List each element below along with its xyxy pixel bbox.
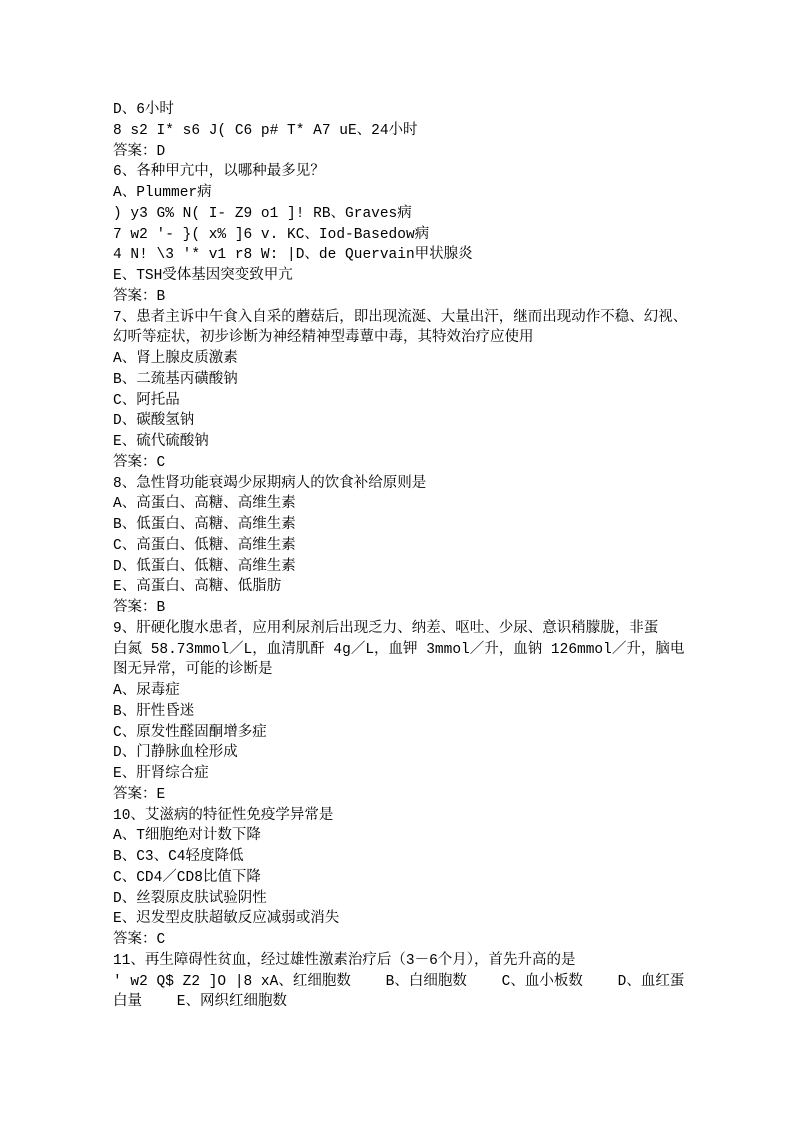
text-line: A、肾上腺皮质激素	[113, 349, 733, 370]
text-line: A、Plummer病	[113, 183, 733, 204]
text-line: 白氮 58.73mmol／L，血清肌酐 4g／L，血钾 3mmol／升，血钠 1…	[113, 640, 733, 661]
text-line: C、阿托品	[113, 391, 733, 412]
text-line: B、二巯基丙磺酸钠	[113, 370, 733, 391]
text-line: A、高蛋白、高糖、高维生素	[113, 494, 733, 515]
text-line: C、高蛋白、低糖、高维生素	[113, 536, 733, 557]
text-line: 答案：E	[113, 785, 733, 806]
text-line: D、碳酸氢钠	[113, 411, 733, 432]
text-line: 答案：D	[113, 142, 733, 163]
text-line: ' w2 Q$ Z2 ]O |8 xA、红细胞数 B、白细胞数 C、血小板数 D…	[113, 972, 733, 993]
text-line: 4 N! \3 '* v1 r8 W: |D、de Quervain甲状腺炎	[113, 245, 733, 266]
text-line: 答案：C	[113, 930, 733, 951]
text-line: D、丝裂原皮肤试验阴性	[113, 889, 733, 910]
text-line: 幻听等症状，初步诊断为神经精神型毒蕈中毒，其特效治疗应使用	[113, 328, 733, 349]
text-line: B、低蛋白、高糖、高维生素	[113, 515, 733, 536]
text-line: 10、艾滋病的特征性免疫学异常是	[113, 806, 733, 827]
text-line: E、TSH受体基因突变致甲亢	[113, 266, 733, 287]
text-line: B、肝性昏迷	[113, 702, 733, 723]
text-line: 11、再生障碍性贫血，经过雄性激素治疗后（3－6个月），首先升高的是	[113, 951, 733, 972]
text-line: 答案：C	[113, 453, 733, 474]
text-line: B、C3、C4轻度降低	[113, 847, 733, 868]
text-line: D、门静脉血栓形成	[113, 743, 733, 764]
text-line: 白量 E、网织红细胞数	[113, 992, 733, 1013]
text-line: A、尿毒症	[113, 681, 733, 702]
text-line: C、原发性醛固酮增多症	[113, 723, 733, 744]
text-line: C、CD4／CD8比值下降	[113, 868, 733, 889]
text-line: A、T细胞绝对计数下降	[113, 826, 733, 847]
document-content: D、6小时8 s2 I* s6 J( C6 p# T* A7 uE、24小时答案…	[113, 100, 733, 1013]
text-line: 8、急性肾功能衰竭少尿期病人的饮食补给原则是	[113, 474, 733, 495]
text-line: D、6小时	[113, 100, 733, 121]
text-line: 8 s2 I* s6 J( C6 p# T* A7 uE、24小时	[113, 121, 733, 142]
text-line: E、肝肾综合症	[113, 764, 733, 785]
text-line: 9、肝硬化腹水患者，应用利尿剂后出现乏力、纳差、呕吐、少尿、意识稍朦胧，非蛋	[113, 619, 733, 640]
document-page: D、6小时8 s2 I* s6 J( C6 p# T* A7 uE、24小时答案…	[0, 0, 794, 1123]
text-line: 7、患者主诉中午食入自采的蘑菇后，即出现流涎、大量出汗，继而出现动作不稳、幻视、	[113, 308, 733, 329]
text-line: 答案：B	[113, 598, 733, 619]
text-line: 6、各种甲亢中，以哪种最多见？	[113, 162, 733, 183]
text-line: E、硫代硫酸钠	[113, 432, 733, 453]
text-line: 7 w2 '- }( x% ]6 v. KC、Iod-Basedow病	[113, 225, 733, 246]
text-line: 答案：B	[113, 287, 733, 308]
text-line: E、迟发型皮肤超敏反应减弱或消失	[113, 909, 733, 930]
text-line: 图无异常，可能的诊断是	[113, 660, 733, 681]
text-line: ) y3 G% N( I- Z9 o1 ]! RB、Graves病	[113, 204, 733, 225]
text-line: E、高蛋白、高糖、低脂肪	[113, 577, 733, 598]
text-line: D、低蛋白、低糖、高维生素	[113, 557, 733, 578]
